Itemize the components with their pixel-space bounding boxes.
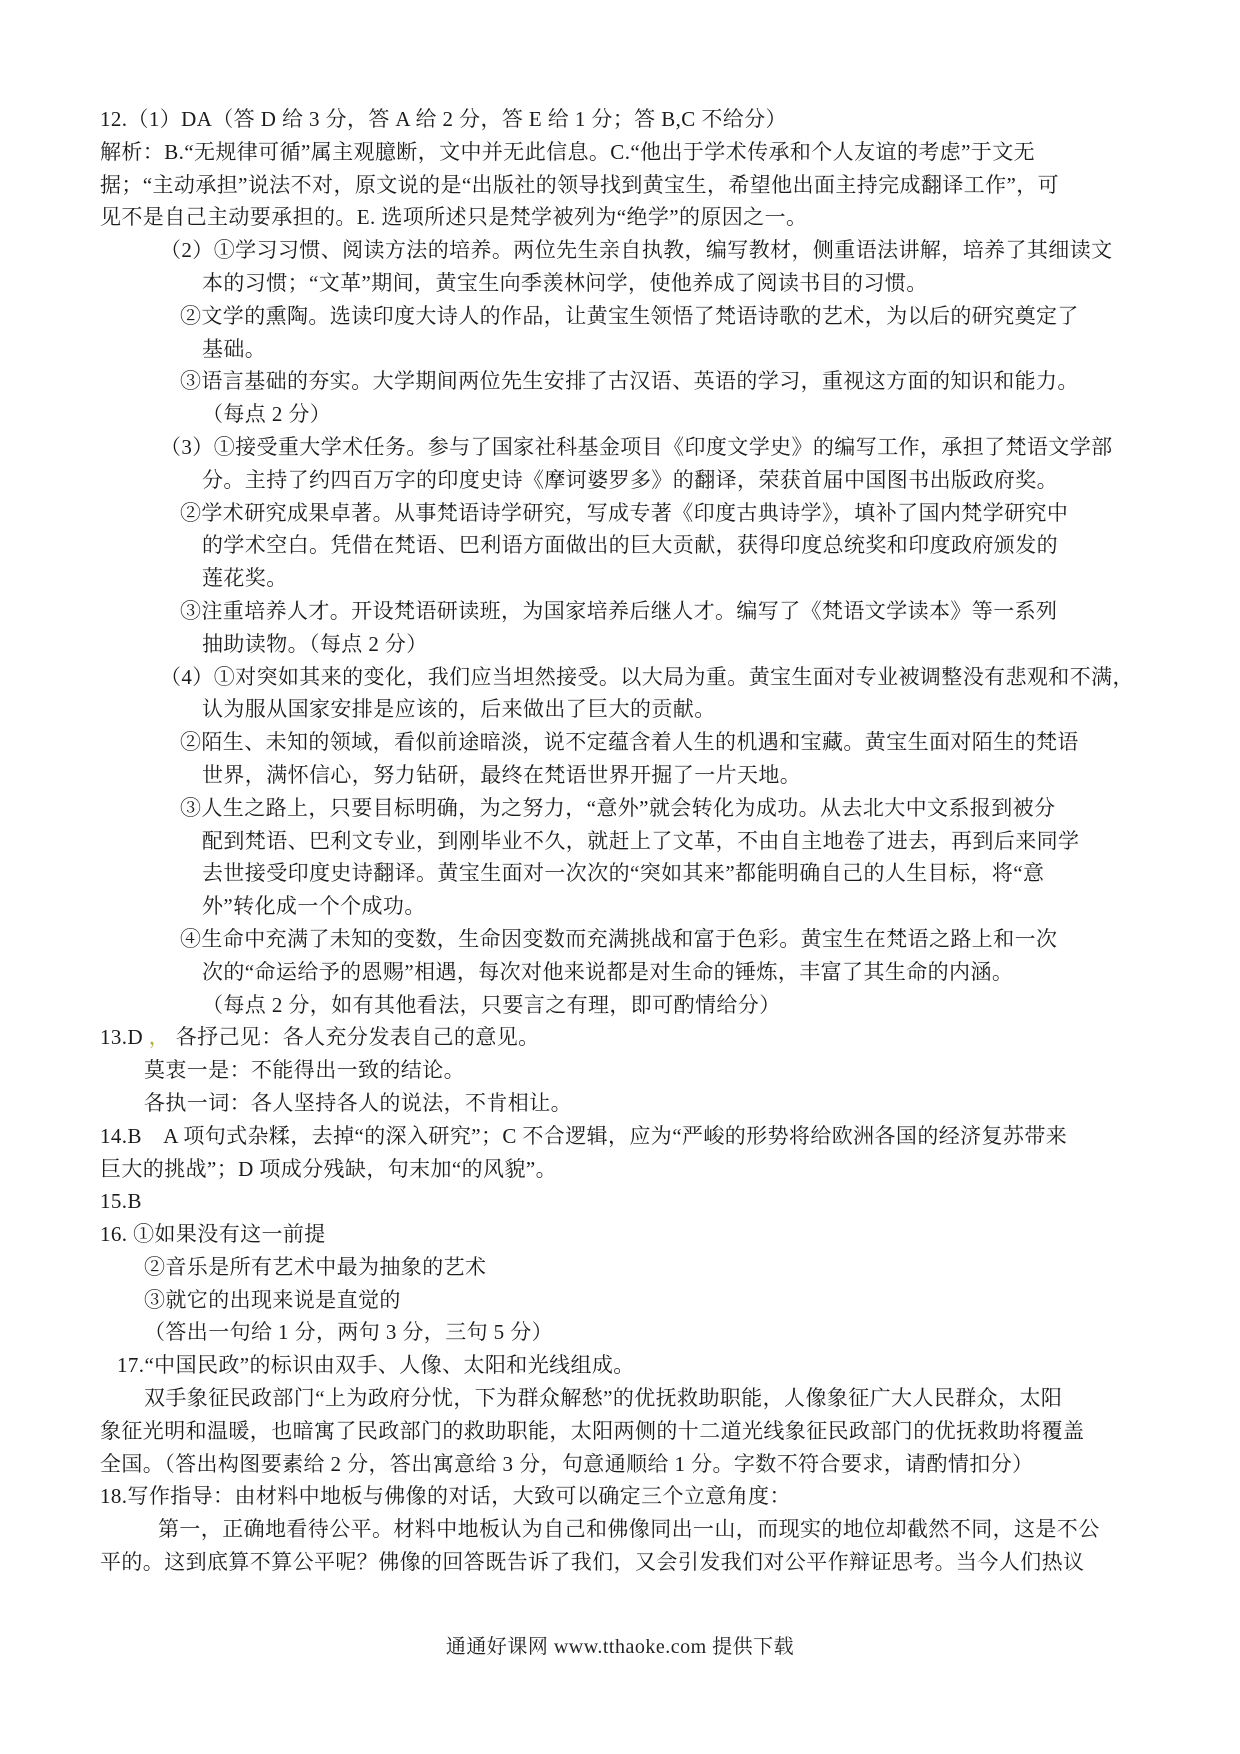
text-line: 去世接受印度史诗翻译。黄宝生面对一次次的“突如其来”都能明确自己的人生目标，将“… <box>100 857 1152 890</box>
highlight-mark: ， <box>149 1025 170 1049</box>
text-line: 第一，正确地看待公平。材料中地板认为自己和佛像同出一山，而现实的地位却截然不同，… <box>100 1513 1152 1546</box>
text-line: 12.（1）DA（答 D 给 3 分，答 A 给 2 分，答 E 给 1 分；答… <box>100 103 1152 136</box>
text-line: （每点 2 分，如有其他看法，只要言之有理，即可酌情给分） <box>100 989 1152 1022</box>
text-line: 认为服从国家安排是应该的，后来做出了巨大的贡献。 <box>100 693 1152 726</box>
text-line: （2）①学习习惯、阅读方法的培养。两位先生亲自执教，编写教材，侧重语法讲解，培养… <box>100 234 1152 267</box>
text-line: 16. ①如果没有这一前提 <box>100 1218 1152 1251</box>
text-line: （4）①对突如其来的变化，我们应当坦然接受。以大局为重。黄宝生面对专业被调整没有… <box>100 661 1152 694</box>
text-line: 次的“命运给予的恩赐”相遇，每次对他来说都是对生命的锤炼，丰富了其生命的内涵。 <box>100 956 1152 989</box>
page-footer: 通通好课网 www.tthaoke.com 提供下载 <box>0 1630 1240 1659</box>
text-line: ③语言基础的夯实。大学期间两位先生安排了古汉语、英语的学习，重视这方面的知识和能… <box>100 365 1152 398</box>
text-line: （每点 2 分） <box>100 398 1152 431</box>
text-line: 平的。这到底算不算公平呢？佛像的回答既告诉了我们，又会引发我们对公平作辩证思考。… <box>100 1546 1152 1579</box>
text-line: ②陌生、未知的领域，看似前途暗淡，说不定蕴含着人生的机遇和宝藏。黄宝生面对陌生的… <box>100 726 1152 759</box>
text-line: （答出一句给 1 分，两句 3 分，三句 5 分） <box>100 1316 1152 1349</box>
text-line: 外”转化成一个个成功。 <box>100 890 1152 923</box>
text-line: 的学术空白。凭借在梵语、巴利语方面做出的巨大贡献，获得印度总统奖和印度政府颁发的 <box>100 529 1152 562</box>
footer-text: 通通好课网 www.tthaoke.com 提供下载 <box>446 1636 794 1658</box>
text-line: 全国。（答出构图要素给 2 分，答出寓意给 3 分，句意通顺给 1 分。字数不符… <box>100 1448 1152 1481</box>
text-line: 解析：B.“无规律可循”属主观臆断，文中并无此信息。C.“他出于学术传承和个人友… <box>100 136 1152 169</box>
text-line: 世界，满怀信心，努力钻研，最终在梵语世界开掘了一片天地。 <box>100 759 1152 792</box>
text-line: 14.B A 项句式杂糅，去掉“的深入研究”；C 不合逻辑，应为“严峻的形势将给… <box>100 1120 1152 1153</box>
text-line: 双手象征民政部门“上为政府分忧，下为群众解愁”的优抚救助职能，人像象征广大人民群… <box>100 1382 1152 1415</box>
text-line: ③人生之路上，只要目标明确，为之努力，“意外”就会转化为成功。从去北大中文系报到… <box>100 792 1152 825</box>
text-line: 分。主持了约四百万字的印度史诗《摩诃婆罗多》的翻译，荣获首届中国图书出版政府奖。 <box>100 464 1152 497</box>
text-line: 配到梵语、巴利文专业，到刚毕业不久，就赶上了文革，不由自主地卷了进去，再到后来同… <box>100 825 1152 858</box>
text-line: 见不是自己主动要承担的。E. 选项所述只是梵学被列为“绝学”的原因之一。 <box>100 201 1152 234</box>
text-line: 巨大的挑战”；D 项成分残缺，句末加“的风貌”。 <box>100 1153 1152 1186</box>
document-body: 12.（1）DA（答 D 给 3 分，答 A 给 2 分，答 E 给 1 分；答… <box>100 103 1152 1579</box>
text-line: 本的习惯；“文革”期间，黄宝生向季羡林问学，使他养成了阅读书目的习惯。 <box>100 267 1152 300</box>
text-line: （3）①接受重大学术任务。参与了国家社科基金项目《印度文学史》的编写工作，承担了… <box>100 431 1152 464</box>
text-segment: 各抒己见：各人充分发表自己的意见。 <box>170 1025 539 1049</box>
text-line: ③注重培养人才。开设梵语研读班，为国家培养后继人才。编写了《梵语文学读本》等一系… <box>100 595 1152 628</box>
text-line: 抽助读物。（每点 2 分） <box>100 628 1152 661</box>
text-line: ③就它的出现来说是直觉的 <box>100 1284 1152 1317</box>
text-line: 15.B <box>100 1185 1152 1218</box>
text-line: ②学术研究成果卓著。从事梵语诗学研究，写成专著《印度古典诗学》，填补了国内梵学研… <box>100 497 1152 530</box>
text-line: 莲花奖。 <box>100 562 1152 595</box>
text-line: 17.“中国民政”的标识由双手、人像、太阳和光线组成。 <box>100 1349 1152 1382</box>
text-line: 象征光明和温暖，也暗寓了民政部门的救助职能，太阳两侧的十二道光线象征民政部门的优… <box>100 1415 1152 1448</box>
text-line: ④生命中充满了未知的变数，生命因变数而充满挑战和富于色彩。黄宝生在梵语之路上和一… <box>100 923 1152 956</box>
text-line: 莫衷一是：不能得出一致的结论。 <box>100 1054 1152 1087</box>
text-segment: 13.D <box>100 1025 149 1049</box>
text-line: 13.D ， 各抒己见：各人充分发表自己的意见。 <box>100 1021 1152 1054</box>
text-line: 各执一词：各人坚持各人的说法，不肯相让。 <box>100 1087 1152 1120</box>
text-line: 据；“主动承担”说法不对，原文说的是“出版社的领导找到黄宝生，希望他出面主持完成… <box>100 169 1152 202</box>
text-line: 18.写作指导：由材料中地板与佛像的对话，大致可以确定三个立意角度： <box>100 1480 1152 1513</box>
text-line: 基础。 <box>100 333 1152 366</box>
text-line: ②文学的熏陶。选读印度大诗人的作品，让黄宝生领悟了梵语诗歌的艺术，为以后的研究奠… <box>100 300 1152 333</box>
text-line: ②音乐是所有艺术中最为抽象的艺术 <box>100 1251 1152 1284</box>
